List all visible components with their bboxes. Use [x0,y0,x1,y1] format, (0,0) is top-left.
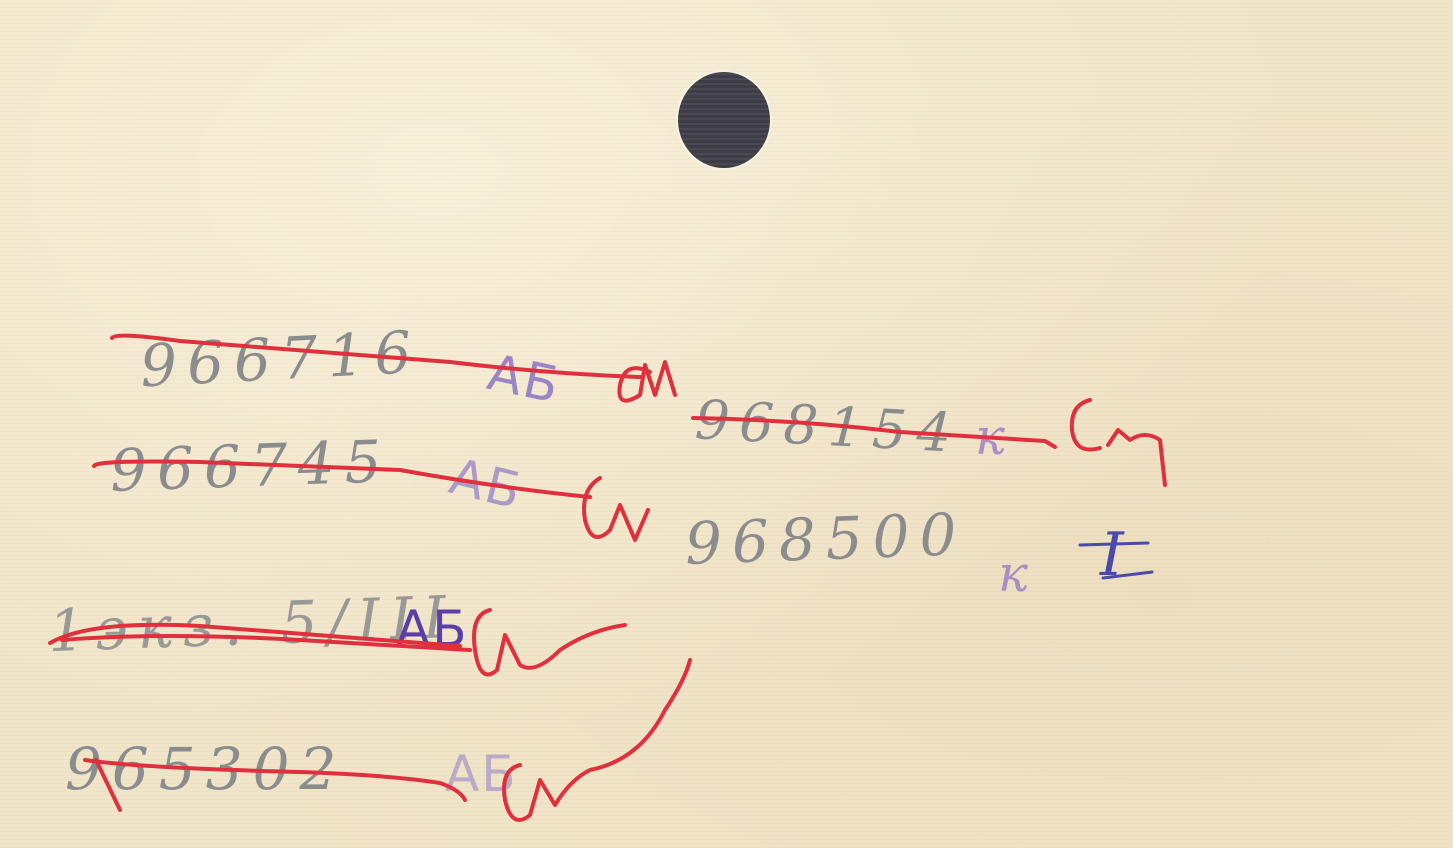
roman-numeral-annotation: I [1100,520,1134,590]
entry-number: 968154 [694,388,963,465]
entry-stamp: АБ [445,745,518,803]
entry-stamp: к [975,408,1015,466]
initials-mark [619,362,675,401]
initials-mark [584,478,648,540]
entry-number: 965302 [65,735,346,803]
initials-mark [504,660,690,820]
entry-number: 966745 [109,427,393,505]
punch-hole [678,72,770,168]
initials-mark [1072,400,1165,485]
entry-number: 966716 [138,318,423,401]
entry-number: 968500 [684,500,968,578]
entry-stamp: АБ [396,600,469,658]
initials-mark [474,610,625,675]
entry-stamp: АБ [483,343,566,415]
catalog-card: 966716 АБ 966745 АБ 968154 к 968500 к I … [0,0,1453,848]
entry-stamp: к [998,545,1038,603]
entry-stamp: АБ [444,447,528,521]
